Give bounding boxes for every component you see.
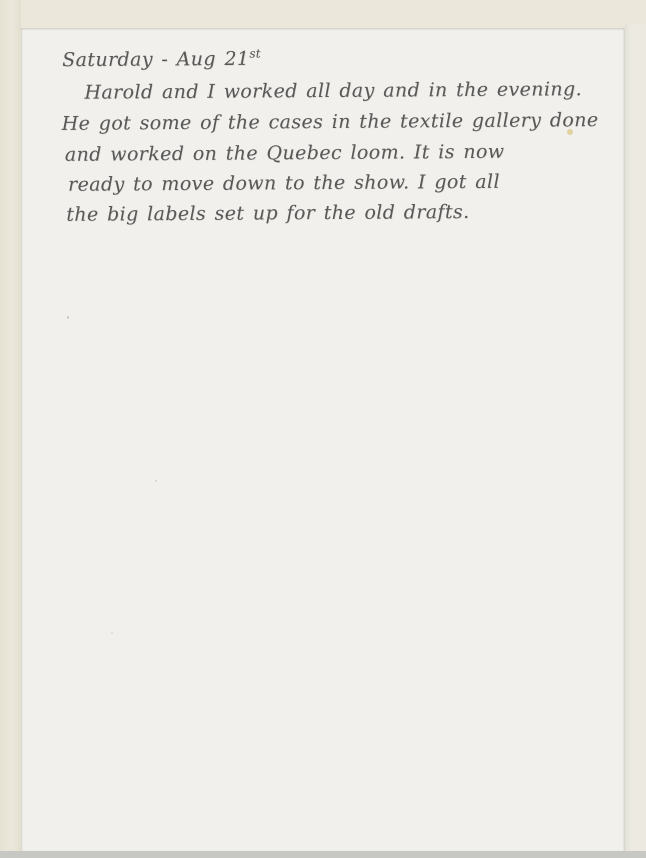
- scan-backing: Saturday - Aug 21st Harold and I worked …: [0, 0, 646, 858]
- handwriting-line: Harold and I worked all day and in the e…: [84, 78, 582, 107]
- handwriting-line: ready to move down to the show. I got al…: [68, 171, 500, 200]
- date-text: Saturday - Aug 21: [62, 48, 249, 71]
- handwriting-line: the big labels set up for the old drafts…: [66, 201, 469, 230]
- date-line: Saturday - Aug 21st: [62, 46, 261, 73]
- handwriting-block: Saturday - Aug 21st Harold and I worked …: [21, 26, 625, 30]
- handwriting-line: He got some of the cases in the textile …: [62, 109, 599, 139]
- diary-page: Saturday - Aug 21st Harold and I worked …: [21, 28, 625, 852]
- date-superscript: st: [249, 46, 260, 60]
- page-leaf-edge-right: [625, 24, 646, 851]
- page-edge-line: [624, 28, 625, 852]
- scan-bottom-edge: [0, 851, 646, 858]
- scan-speck: [67, 316, 69, 319]
- handwriting-line: and worked on the Quebec loom. It is now: [65, 141, 505, 170]
- scan-speck: [155, 480, 157, 482]
- album-left-margin: [0, 0, 21, 858]
- scan-speck: [111, 632, 113, 634]
- stain-dot: [567, 129, 573, 135]
